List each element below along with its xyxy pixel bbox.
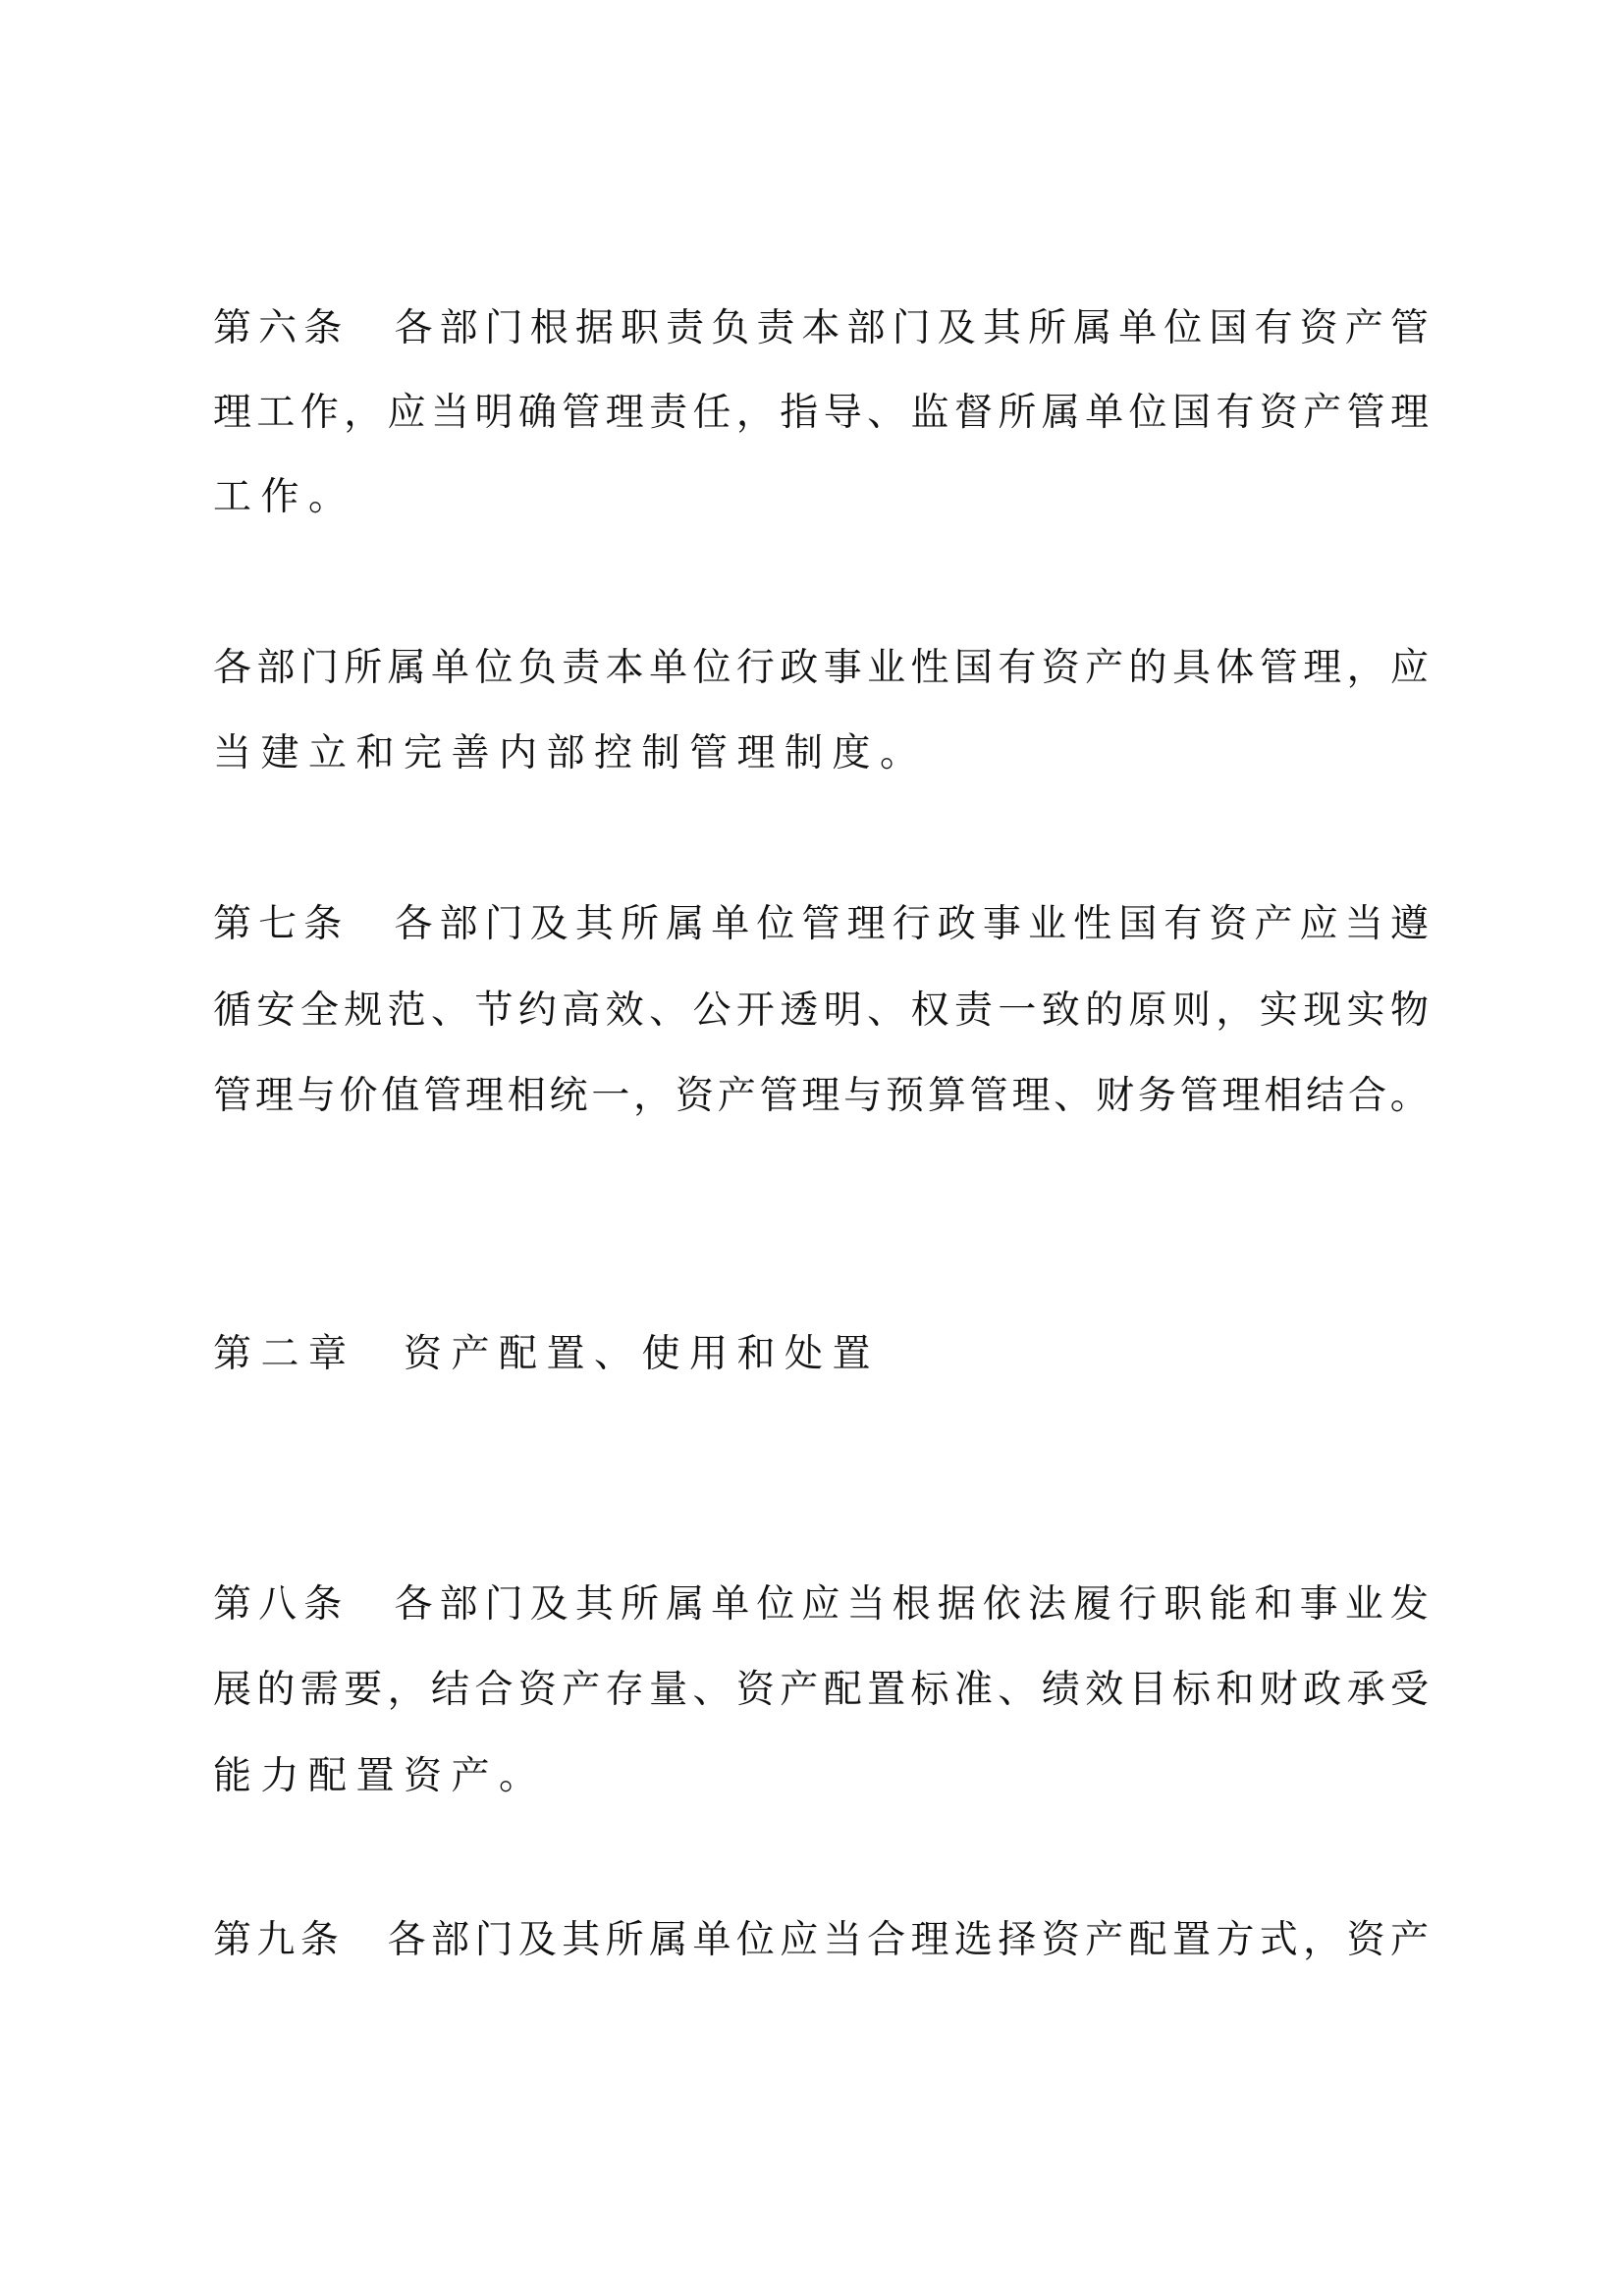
text-line: 理工作，应当明确管理责任，指导、监督所属单位国有资产管理 bbox=[213, 389, 1429, 438]
text-line: 展的需要，结合资产存量、资产配置标准、绩效目标和财政承受 bbox=[213, 1666, 1429, 1715]
text-line: 第八条 各部门及其所属单位应当根据依法履行职能和事业发 bbox=[213, 1580, 1429, 1629]
text-line: 当建立和完善内部控制管理制度。 bbox=[213, 729, 928, 778]
chapter-title: 第二章 资产配置、使用和处置 bbox=[213, 1330, 880, 1379]
text-line: 第七条 各部门及其所属单位管理行政事业性国有资产应当遵 bbox=[213, 900, 1429, 949]
text-line: 管理与价值管理相统一，资产管理与预算管理、财务管理相结合。 bbox=[213, 1072, 1429, 1121]
text-line: 能力配置资产。 bbox=[213, 1752, 547, 1801]
document-page: 第六条 各部门根据职责负责本部门及其所属单位国有资产管理工作，应当明确管理责任，… bbox=[0, 0, 1624, 2296]
text-line: 循安全规范、节约高效、公开透明、权责一致的原则，实现实物 bbox=[213, 987, 1429, 1036]
text-line: 工作。 bbox=[213, 473, 356, 522]
text-line: 各部门所属单位负责本单位行政事业性国有资产的具体管理，应 bbox=[213, 644, 1429, 693]
text-line: 第九条 各部门及其所属单位应当合理选择资产配置方式，资产 bbox=[213, 1916, 1429, 1965]
text-line: 第六条 各部门根据职责负责本部门及其所属单位国有资产管 bbox=[213, 304, 1429, 353]
